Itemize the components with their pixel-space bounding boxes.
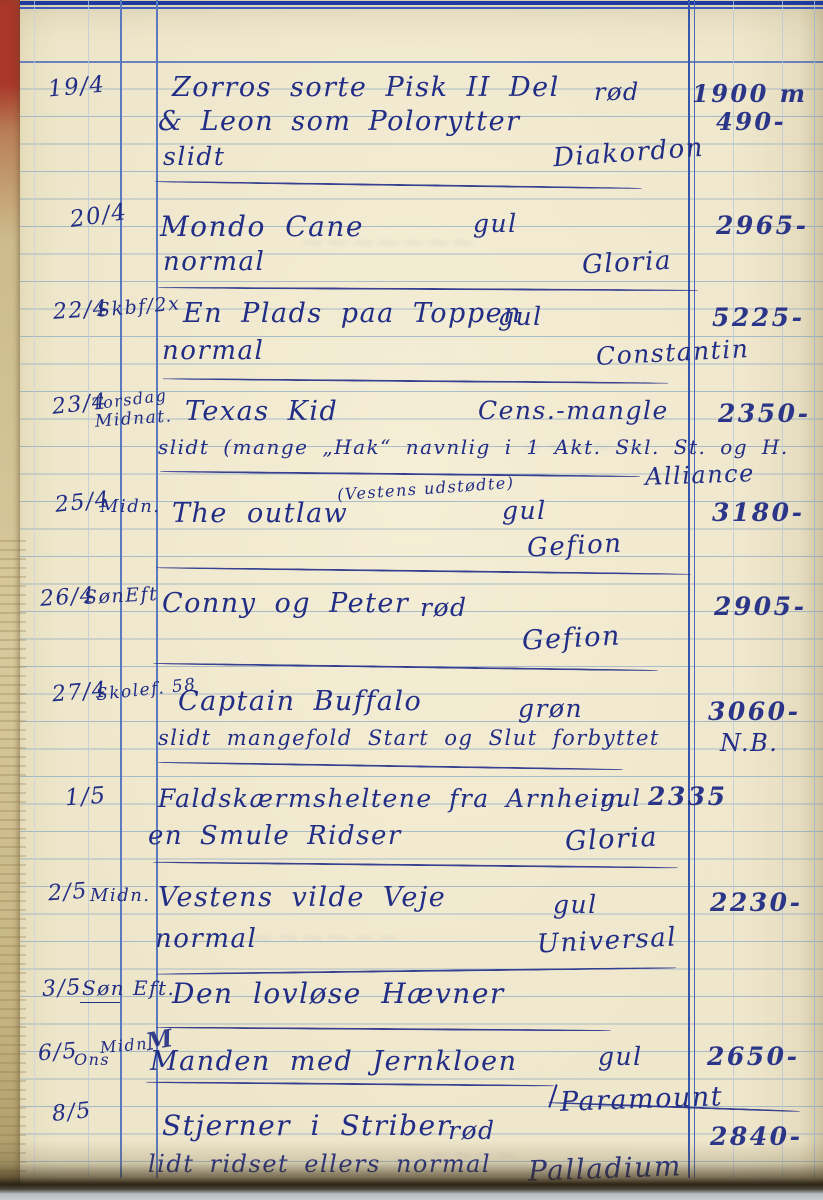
distributor-name: Gloria [564, 824, 658, 856]
distributor-name: Gefion [521, 622, 621, 654]
ink-bleed-smudge: ~~~~~~ [250, 920, 401, 955]
distributor-name: Constantin [595, 336, 749, 369]
header-rule [0, 61, 823, 63]
entry-date-note: Søn Eft. [82, 978, 175, 998]
entry-date: 19/4 [47, 74, 106, 102]
censor-color: gul [598, 1044, 643, 1069]
entry-date: 1/5 [64, 785, 107, 811]
distributor-name: Paramount [560, 1083, 724, 1116]
amount: 2965- [716, 213, 808, 238]
page-bottom-fold [0, 1140, 823, 1200]
amount-sub-line-2 [782, 0, 783, 1178]
film-title: Conny og Peter [162, 590, 409, 617]
amount: 490- [716, 110, 786, 134]
film-title: Captain Buffalo [178, 688, 422, 715]
condition-note: normal [155, 926, 257, 952]
amount: 5225- [712, 305, 804, 330]
distributor-name: Gefion [526, 531, 623, 562]
film-title: Texas Kid [185, 398, 338, 425]
entry-date: 6/5 [37, 1041, 78, 1066]
page-edge-line [814, 0, 815, 1178]
amount: 2230- [710, 890, 802, 915]
condition-note: slidt (mange „Hak“ navnlig i 1 Akt. Skl.… [158, 437, 789, 457]
entry-date: 8/5 [51, 1100, 93, 1126]
remark: N.B. [720, 731, 778, 755]
amount-column-line-inner [694, 0, 695, 1178]
censor-color: Cens.-mangle [478, 398, 669, 423]
stacked-page-edges [0, 540, 26, 1180]
entry-date-note: Midn. [100, 498, 161, 516]
condition-note: normal [162, 338, 264, 364]
censor-color: grøn [518, 696, 583, 721]
ledger-page: ~~~~~~~ ~~~~~ ~~~~~~ ~~~~ 19/4 Zorros so… [0, 0, 823, 1200]
condition-note: normal [163, 249, 265, 275]
censor-color: gul [553, 892, 598, 917]
film-title: Zorros sorte Pisk II Del [172, 74, 560, 101]
amount-column-line-outer [688, 0, 690, 1178]
distributor-name: Gloria [581, 248, 672, 279]
top-rule-thin [0, 7, 823, 9]
entry-date-note: SønEft [84, 585, 159, 608]
entry-date-note: Midn. [90, 887, 151, 905]
film-title: Mondo Cane [160, 213, 364, 241]
censor-color: gul [502, 498, 547, 523]
censor-color: rød [594, 80, 640, 104]
amount: 2905- [714, 594, 806, 619]
condition-note: slidt mangefold Start og Slut forbyttet [158, 728, 660, 749]
censor-color: rød [420, 595, 468, 620]
entry-date: 3/5 [41, 977, 82, 1001]
margin-line [34, 0, 35, 1178]
amount-sub-line-1 [733, 0, 734, 1178]
film-title: Faldskærmsheltene fra Arnheim [158, 786, 625, 811]
amount: 2650- [707, 1044, 799, 1069]
date-note-underline [80, 1002, 120, 1003]
film-title: Manden med Jernkloen [150, 1048, 518, 1075]
censor-color: gul [600, 788, 641, 811]
film-title: Den lovløse Hævner [172, 980, 505, 1008]
film-title: Vestens vilde Veje [158, 884, 446, 911]
entry-date-note-2: Midn [99, 1036, 148, 1056]
distributor-name: Alliance [645, 461, 756, 489]
film-subtitle: & Leon som Polorytter [158, 108, 521, 135]
amount: 3180- [712, 500, 804, 525]
amount: 3060- [708, 699, 800, 724]
condition-note: en Smule Ridser [148, 823, 402, 849]
film-title: En Plads paa Toppen [183, 300, 522, 327]
censor-color: gul [473, 211, 518, 236]
film-length: 1900 m [692, 82, 808, 106]
top-rule-thick [0, 1, 823, 5]
censor-color: gul [498, 304, 543, 329]
film-title: Stjerner i Striber [162, 1112, 451, 1140]
condition-note: slidt [163, 144, 225, 169]
distributor-name: Universal [536, 924, 677, 957]
amount: 2350- [718, 401, 810, 426]
film-title: The outlaw [172, 500, 348, 527]
entry-date: 2/5 [47, 881, 88, 906]
amount: 2335 [648, 784, 728, 809]
